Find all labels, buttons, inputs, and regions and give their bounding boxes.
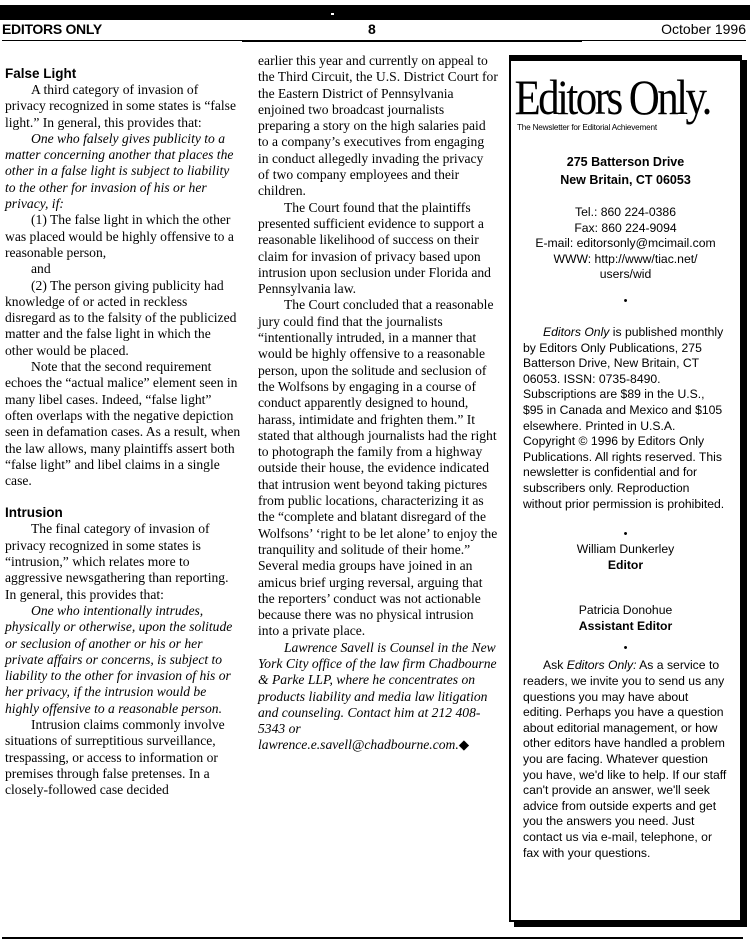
masthead-logo: Editors Only. bbox=[511, 71, 708, 123]
issue-date: October 1996 bbox=[661, 20, 746, 38]
address: 275 Batterson Drive New Britain, CT 0605… bbox=[511, 153, 740, 189]
editor-credit: William Dunkerley Editor bbox=[511, 542, 740, 573]
conjunction: and bbox=[5, 261, 241, 277]
assistant-name: Patricia Donohue bbox=[511, 603, 740, 619]
paragraph: The Court concluded that a reasonable ju… bbox=[258, 297, 498, 639]
list-item: (2) The person giving publicity had know… bbox=[5, 278, 241, 359]
paragraph: Intrusion claims commonly involve situat… bbox=[5, 717, 241, 798]
website: WWW: http://www/tiac.net/ bbox=[511, 252, 740, 268]
assistant-editor-credit: Patricia Donohue Assistant Editor bbox=[511, 603, 740, 634]
paragraph: The Court found that the plaintiffs pres… bbox=[258, 200, 498, 298]
article-column-1: False Light A third category of invasion… bbox=[5, 66, 241, 798]
bar-mark bbox=[331, 13, 334, 15]
telephone: Tel.: 860 224-0386 bbox=[511, 205, 740, 221]
paragraph: Note that the second requirement echoes … bbox=[5, 359, 241, 489]
legal-quote: One who intentionally intrudes, physical… bbox=[5, 603, 241, 717]
email: E-mail: editorsonly@mcimail.com bbox=[511, 236, 740, 252]
bullet-separator-icon: • bbox=[511, 640, 740, 656]
ask-editors-only: Ask Editors Only: As a service to reader… bbox=[523, 658, 728, 861]
legal-quote: One who falsely gives publicity to a mat… bbox=[5, 131, 241, 212]
paragraph: The final category of invasion of privac… bbox=[5, 521, 241, 602]
list-item: (1) The false light in which the other w… bbox=[5, 212, 241, 261]
editor-name: William Dunkerley bbox=[511, 542, 740, 558]
publication-info: Editors Only is published monthly by Edi… bbox=[523, 325, 728, 512]
article-column-2: earlier this year and currently on appea… bbox=[258, 53, 498, 754]
assistant-role: Assistant Editor bbox=[511, 619, 740, 635]
paragraph: earlier this year and currently on appea… bbox=[258, 53, 498, 200]
paragraph: A third category of invasion of privacy … bbox=[5, 82, 241, 131]
footer-rule bbox=[2, 937, 743, 939]
masthead-box: Editors Only. The Newsletter for Editori… bbox=[509, 55, 742, 922]
page-number: 8 bbox=[368, 20, 376, 38]
fax: Fax: 860 224-9094 bbox=[511, 221, 740, 237]
top-black-bar bbox=[0, 5, 750, 20]
running-header: EDITORS ONLY 8 October 1996 bbox=[0, 20, 750, 38]
header-rule bbox=[2, 40, 746, 41]
newsletter-name: EDITORS ONLY bbox=[2, 20, 102, 38]
author-bio: Lawrence Savell is Counsel in the New Yo… bbox=[258, 640, 498, 754]
bullet-separator-icon: • bbox=[511, 293, 740, 309]
website-cont: users/wid bbox=[511, 267, 740, 283]
bullet-separator-icon: • bbox=[511, 526, 740, 542]
end-mark-icon: ◆ bbox=[459, 737, 469, 752]
section-heading-false-light: False Light bbox=[5, 66, 241, 82]
contact-info: Tel.: 860 224-0386 Fax: 860 224-9094 E-m… bbox=[511, 205, 740, 283]
section-heading-intrusion: Intrusion bbox=[5, 505, 241, 521]
editor-role: Editor bbox=[511, 558, 740, 574]
